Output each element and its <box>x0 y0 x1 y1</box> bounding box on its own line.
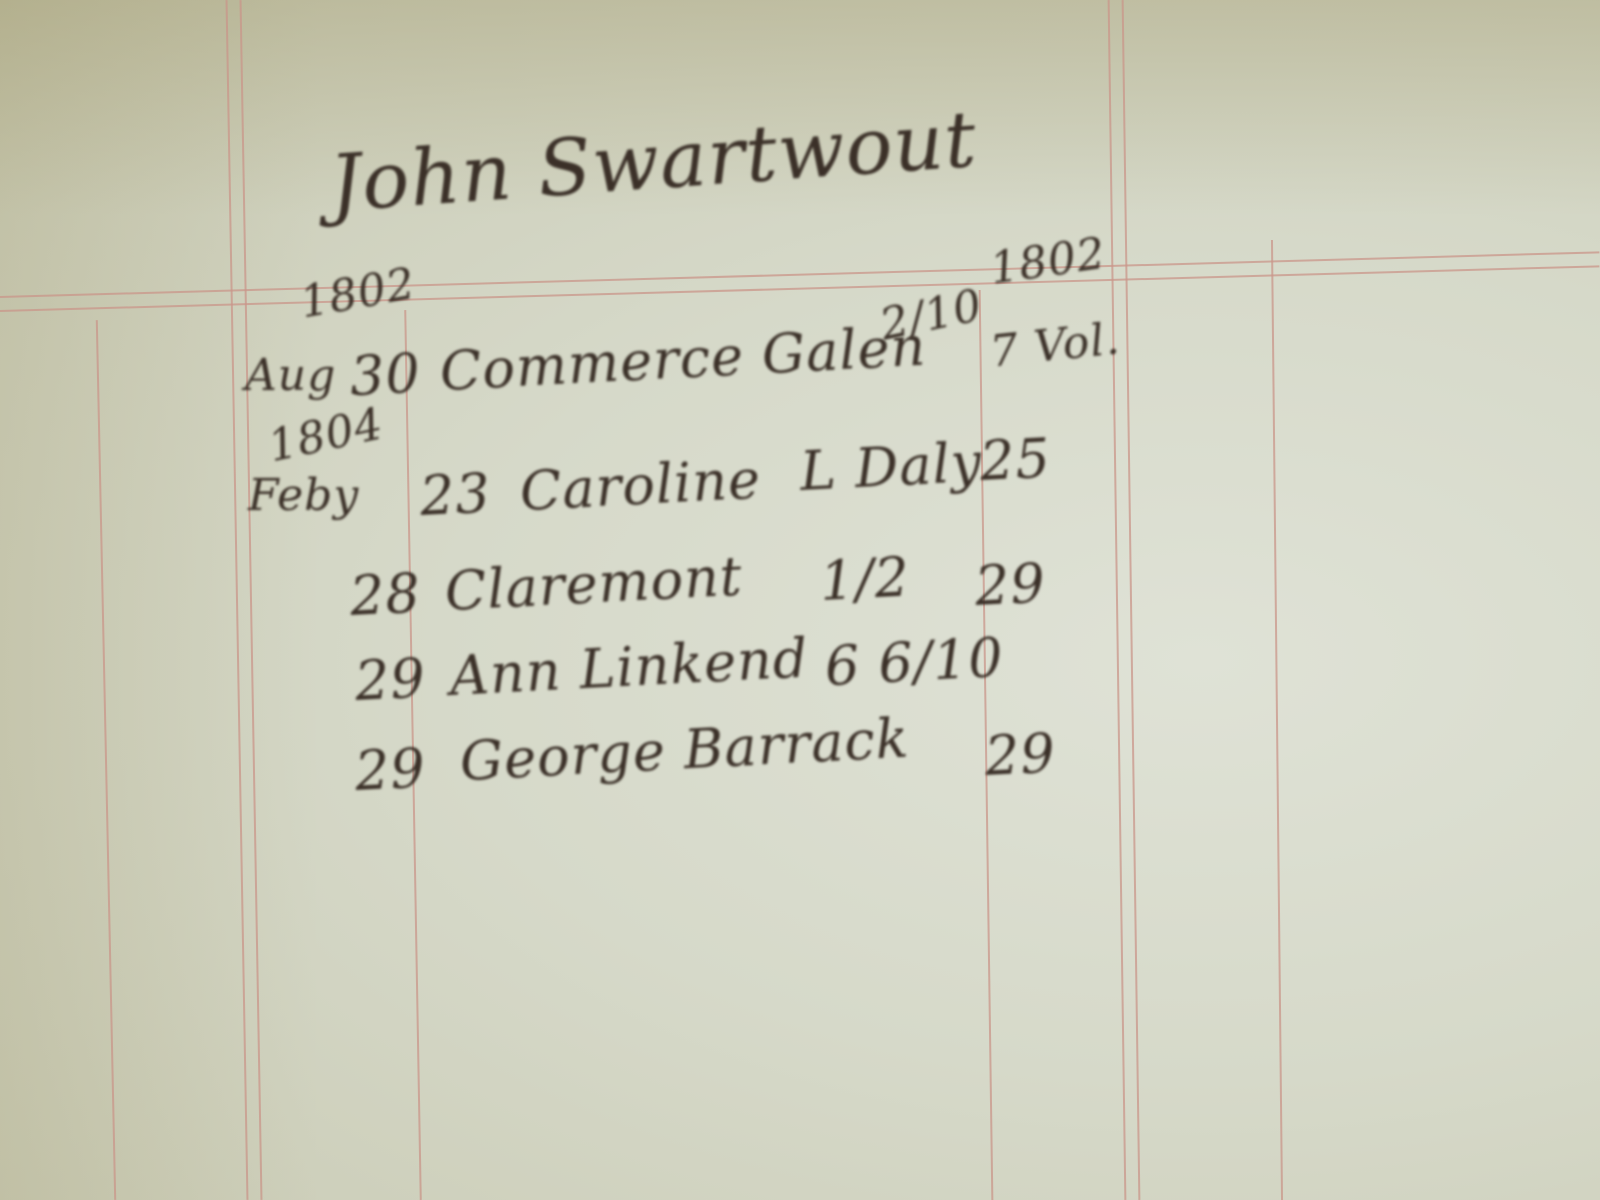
entry-description: Caroline <box>518 447 762 523</box>
entry-reference: 29 <box>973 551 1047 618</box>
entry-description: Commerce Galen <box>438 315 927 403</box>
entry-reference: 7 Vol. <box>988 313 1123 377</box>
entry-month: Feby <box>248 470 359 521</box>
entry-note: 6 6/10 <box>823 626 1005 698</box>
entry-day: 29 <box>353 646 427 713</box>
entry-day: 29 <box>353 736 427 803</box>
entry-note: 2/10 <box>876 280 987 351</box>
entry-year: 1804 <box>264 398 388 472</box>
date-column-rule-1 <box>226 0 249 1200</box>
total-column-rule-2 <box>1122 0 1141 1200</box>
header-rule-1 <box>0 251 1599 298</box>
margin-rule-left <box>96 320 116 1200</box>
far-right-rule <box>1271 240 1283 1200</box>
entry-day: 30 <box>348 341 422 408</box>
account-name-heading: John Swartwout <box>327 95 980 230</box>
entry-description: Claremont <box>443 544 744 622</box>
entry-reference: 25 <box>978 426 1052 493</box>
entry-reference: 29 <box>983 721 1057 788</box>
entry-note: L Daly <box>798 431 983 503</box>
entry-day: 23 <box>418 461 492 528</box>
entry-description: George Barrack <box>458 707 910 793</box>
year-left: 1802 <box>296 258 419 328</box>
entry-note: 1/2 <box>818 545 911 613</box>
year-right: 1802 <box>987 228 1109 295</box>
entry-description: Ann Linkend <box>448 626 809 708</box>
entry-day: 28 <box>348 561 422 628</box>
entry-month: Aug <box>245 350 336 401</box>
